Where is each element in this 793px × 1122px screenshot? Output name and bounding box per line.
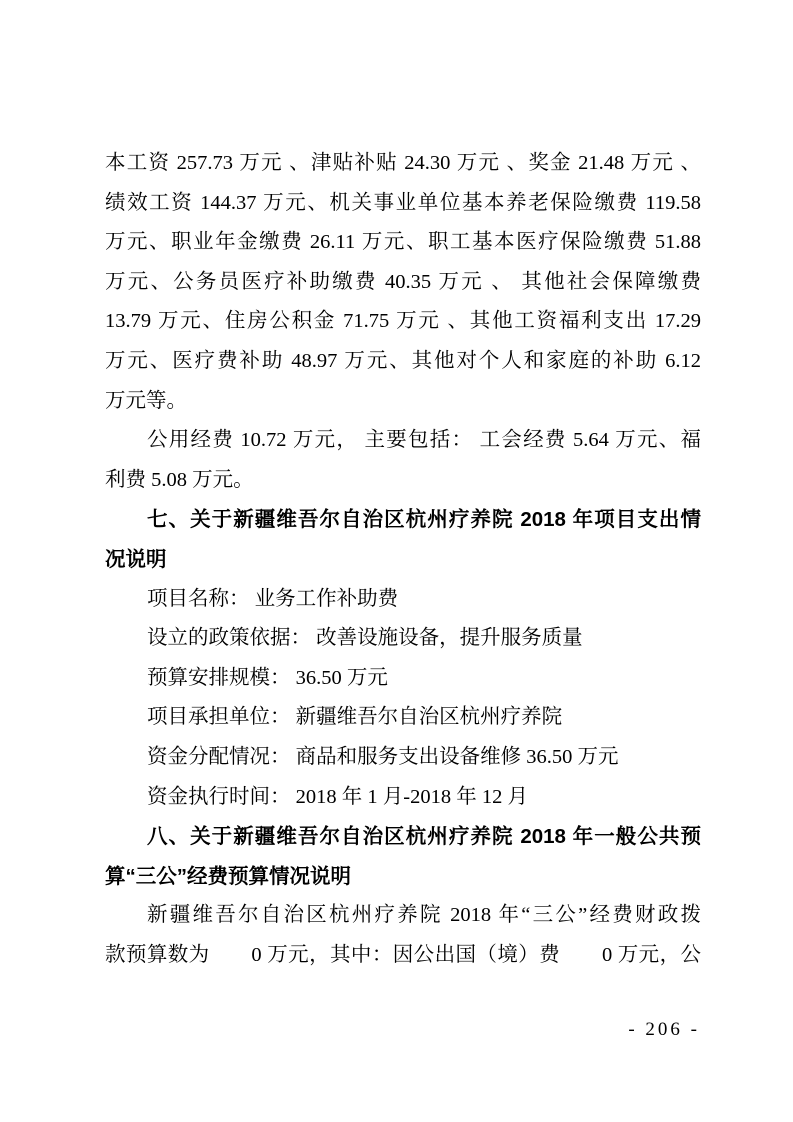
paragraph-public-funds: 公用经费 10.72 万元， 主要包括： 工会经费 5.64 万元、福 利费 5… — [105, 421, 701, 500]
section-8-heading: 八、关于新疆维吾尔自治区杭州疗养院 2018 年一般公共预 算“三公”经费预算情… — [105, 817, 701, 896]
text-line: 项目名称： 业务工作补助费 — [105, 580, 701, 620]
item-undertaking-unit: 项目承担单位： 新疆维吾尔自治区杭州疗养院 — [105, 698, 701, 738]
item-execution-period: 资金执行时间： 2018 年 1 月-2018 年 12 月 — [105, 778, 701, 818]
section-7-heading: 七、关于新疆维吾尔自治区杭州疗养院 2018 年项目支出情 况说明 — [105, 500, 701, 579]
text-line: 13.79 万元、住房公积金 71.75 万元 、其他工资福利支出 17.29 — [105, 302, 701, 342]
item-policy-basis: 设立的政策依据： 改善设施设备，提升服务质量 — [105, 619, 701, 659]
text-line: 万元、医疗费补助 48.97 万元、其他对个人和家庭的补助 6.12 — [105, 342, 701, 382]
text-line: 万元、公务员医疗补助缴费 40.35 万元 、 其他社会保障缴费 — [105, 263, 701, 303]
text-line: 资金执行时间： 2018 年 1 月-2018 年 12 月 — [105, 778, 701, 818]
document-body: 本工资 257.73 万元 、津贴补贴 24.30 万元 、奖金 21.48 万… — [105, 144, 701, 975]
text-line: 预算安排规模： 36.50 万元 — [105, 659, 701, 699]
item-budget-scale: 预算安排规模： 36.50 万元 — [105, 659, 701, 699]
text-line: 资金分配情况： 商品和服务支出设备维修 36.50 万元 — [105, 738, 701, 778]
text-line: 绩效工资 144.37 万元、机关事业单位基本养老保险缴费 119.58 — [105, 184, 701, 224]
text-line: 万元、职业年金缴费 26.11 万元、职工基本医疗保险缴费 51.88 — [105, 223, 701, 263]
text-line: 本工资 257.73 万元 、津贴补贴 24.30 万元 、奖金 21.48 万… — [105, 144, 701, 184]
paragraph-salary-expense: 本工资 257.73 万元 、津贴补贴 24.30 万元 、奖金 21.48 万… — [105, 144, 701, 421]
item-project-name: 项目名称： 业务工作补助费 — [105, 580, 701, 620]
text-line: 项目承担单位： 新疆维吾尔自治区杭州疗养院 — [105, 698, 701, 738]
text-line: 万元等。 — [105, 382, 701, 422]
heading-line: 七、关于新疆维吾尔自治区杭州疗养院 2018 年项目支出情 — [105, 500, 701, 540]
item-fund-allocation: 资金分配情况： 商品和服务支出设备维修 36.50 万元 — [105, 738, 701, 778]
paragraph-three-public-funds: 新疆维吾尔自治区杭州疗养院 2018 年“三公”经费财政拨 款预算数为 0 万元… — [105, 896, 701, 975]
text-line: 款预算数为 0 万元，其中：因公出国（境）费 0 万元，公 — [105, 936, 701, 976]
text-line: 新疆维吾尔自治区杭州疗养院 2018 年“三公”经费财政拨 — [105, 896, 701, 936]
document-page: 本工资 257.73 万元 、津贴补贴 24.30 万元 、奖金 21.48 万… — [0, 0, 793, 1122]
heading-line: 八、关于新疆维吾尔自治区杭州疗养院 2018 年一般公共预 — [105, 817, 701, 857]
text-line: 设立的政策依据： 改善设施设备，提升服务质量 — [105, 619, 701, 659]
page-number: - 206 - — [628, 1019, 700, 1041]
heading-line: 况说明 — [105, 540, 701, 580]
heading-line: 算“三公”经费预算情况说明 — [105, 857, 701, 897]
text-line: 公用经费 10.72 万元， 主要包括： 工会经费 5.64 万元、福 — [105, 421, 701, 461]
text-line: 利费 5.08 万元。 — [105, 461, 701, 501]
